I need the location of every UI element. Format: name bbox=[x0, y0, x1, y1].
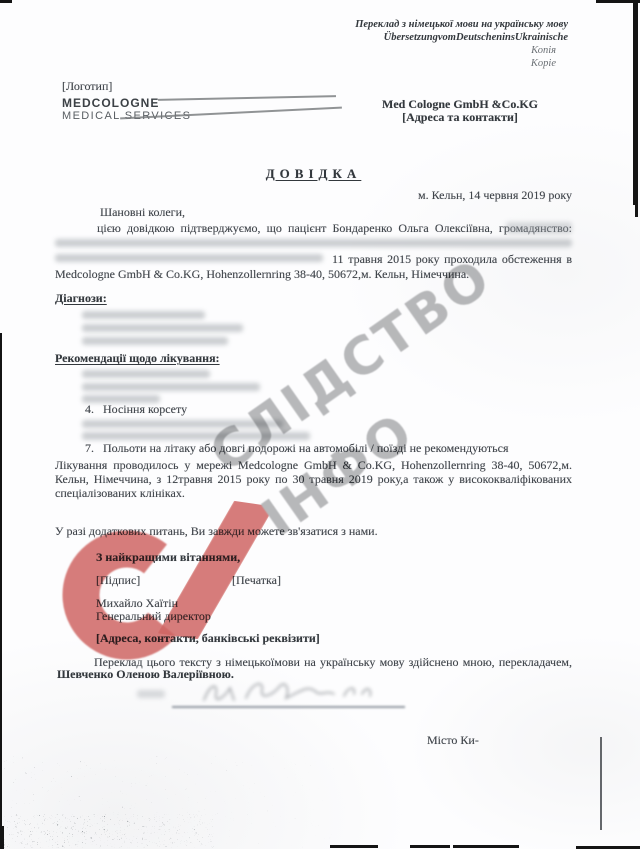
scan-edge-top-right bbox=[596, 0, 640, 3]
treatment-paragraph: Лікування проводилось у мережі Medcologn… bbox=[55, 458, 572, 500]
handwritten-signature-blurred bbox=[190, 674, 375, 710]
copy-label-uk: Копія bbox=[355, 44, 568, 57]
corner-note: Переклад з німецької мови на українську … bbox=[355, 18, 568, 70]
scan-edge-right bbox=[633, 0, 638, 205]
slidstvo-logo-exclamation bbox=[158, 488, 275, 652]
company-name-right: Med Cologne GmbH &Co.KG bbox=[340, 97, 580, 111]
logo-placeholder: [Логотип] bbox=[62, 79, 112, 93]
company-name: MEDCOLOGNE bbox=[62, 96, 159, 110]
scan-edge-left bbox=[0, 333, 2, 849]
dateline: м. Кельн, 14 червня 2019 року bbox=[55, 188, 572, 202]
contact-note: У разі додаткових питань, Ви завжди може… bbox=[55, 524, 378, 538]
paragraph1-line4: Medcologne GmbH & Co.KG, Hohenzollernrin… bbox=[55, 267, 572, 281]
item4-number: 4. bbox=[85, 402, 94, 416]
document-title: ДОВІДКА bbox=[266, 166, 362, 181]
redacted-line bbox=[55, 239, 572, 247]
scan-edge-top-left bbox=[0, 0, 12, 3]
copy-label-de: Kopie bbox=[355, 57, 568, 70]
closing-regards: З найкращими вітаннями, bbox=[96, 550, 240, 564]
scan-noise bbox=[4, 756, 354, 848]
redacted-line bbox=[55, 254, 323, 262]
redacted-list-item bbox=[82, 432, 310, 440]
item7-number: 7. bbox=[85, 441, 94, 455]
scan-edge-bottom-seg bbox=[453, 845, 519, 848]
recommendations-heading: Рекомендації щодо лікування: bbox=[55, 351, 220, 365]
list-item-7: 7. Польоти на літаку або довгі подорожі … bbox=[85, 441, 572, 455]
signer-position: Генеральний директор bbox=[96, 609, 211, 623]
scan-crease-line bbox=[600, 737, 602, 830]
scan-edge-right-tail bbox=[635, 205, 638, 217]
blurred-word bbox=[137, 690, 165, 698]
redaction-highlight bbox=[506, 222, 572, 234]
redacted-list-item bbox=[82, 337, 228, 345]
signer-name: Михайло Хаїтін bbox=[96, 596, 178, 610]
watermark-line2: ІНФО bbox=[245, 270, 607, 557]
signature-placeholder: [Підпис] bbox=[96, 573, 140, 587]
diagnoses-heading: Діагнози: bbox=[55, 291, 107, 305]
scan-edge-bottom-left bbox=[0, 826, 4, 849]
pen-strike-line bbox=[158, 95, 336, 100]
redacted-list-item bbox=[82, 311, 205, 319]
paragraph1-line3: 11 травня 2015 року проходила обстеження… bbox=[332, 252, 572, 266]
city-fragment: Місто Ки- bbox=[427, 733, 479, 747]
salutation: Шановні колеги, bbox=[100, 205, 185, 219]
scan-edge-bottom-seg bbox=[410, 845, 450, 848]
stamp-placeholder: [Печатка] bbox=[232, 573, 281, 587]
redacted-list-item bbox=[82, 324, 243, 332]
translation-note-uk: Переклад з німецької мови на українську … bbox=[355, 18, 568, 31]
redacted-list-item bbox=[82, 383, 260, 391]
list-item-4: 4. Носіння корсету bbox=[85, 402, 187, 416]
details-placeholder: [Адреса, контакти, банківські реквізити] bbox=[96, 631, 320, 645]
scan-edge-bottom-seg bbox=[330, 845, 378, 848]
redacted-list-item bbox=[82, 420, 283, 428]
item7-text: Польоти на літаку або довгі подорожі на … bbox=[103, 441, 508, 455]
item4-text: Носіння корсету bbox=[103, 402, 187, 416]
scanned-document-page: Переклад з німецької мови на українську … bbox=[0, 0, 640, 849]
address-placeholder: [Адреса та контакти] bbox=[340, 110, 580, 124]
paragraph1-line1: цією довідкою підтверджуємо, що пацієнт … bbox=[55, 221, 572, 235]
translation-note-de: ÜbersetzungvomDeutscheninsUkrainische bbox=[355, 31, 568, 44]
redacted-list-item bbox=[82, 370, 210, 378]
